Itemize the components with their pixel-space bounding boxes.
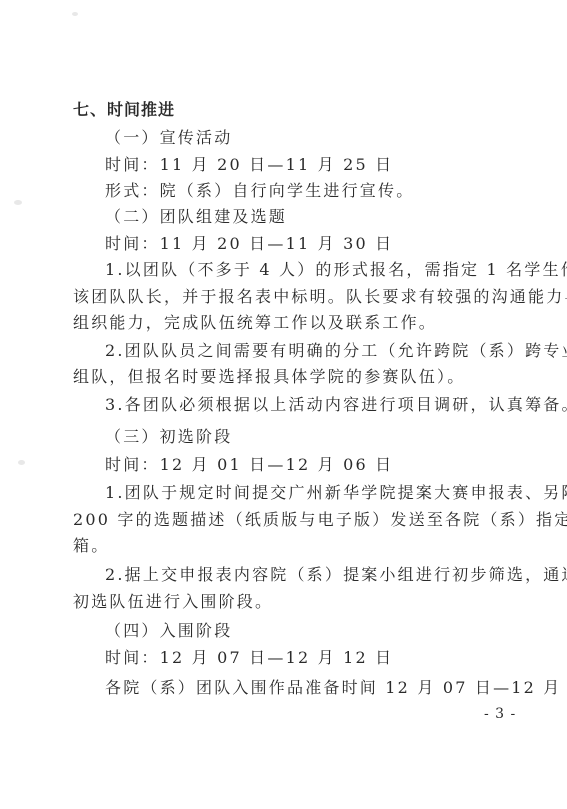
subsection-heading-4: （四）入围阶段 — [105, 621, 507, 641]
scan-speck — [14, 200, 22, 205]
scan-speck — [72, 12, 78, 16]
document-page: 七、时间推进 （一）宣传活动 时间：11 月 20 日—11 月 25 日 形式… — [0, 0, 567, 809]
paragraph-line: 200 字的选题描述（纸质版与电子版）发送至各院（系）指定邮 — [73, 510, 507, 530]
paragraph-line: 3.各团队必须根据以上活动内容进行项目调研，认真筹备。 — [105, 395, 507, 415]
subsection-1-form: 形式：院（系）自行向学生进行宣传。 — [105, 181, 507, 201]
subsection-4-time: 时间：12 月 07 日—12 月 12 日 — [105, 648, 507, 668]
page-number: - 3 - — [484, 706, 516, 722]
paragraph-line: 1.团队于规定时间提交广州新华学院提案大赛申报表、另附 — [105, 483, 507, 503]
subsection-heading-2: （二）团队组建及选题 — [105, 207, 507, 227]
paragraph-line: 2.团队队员之间需要有明确的分工（允许跨院（系）跨专业 — [105, 341, 507, 361]
paragraph-line: 1.以团队（不多于 4 人）的形式报名，需指定 1 名学生作为 — [105, 260, 507, 280]
subsection-2-time: 时间：11 月 20 日—11 月 30 日 — [105, 234, 507, 254]
subsection-1-time: 时间：11 月 20 日—11 月 25 日 — [105, 155, 507, 175]
subsection-heading-3: （三）初选阶段 — [105, 427, 507, 447]
paragraph-line: 箱。 — [73, 536, 507, 556]
paragraph-line: 该团队队长，并于报名表中标明。队长要求有较强的沟通能力与 — [73, 287, 507, 307]
paragraph-line: 初选队伍进行入围阶段。 — [73, 592, 507, 612]
scan-speck — [18, 460, 25, 465]
section-title: 七、时间推进 — [73, 100, 507, 120]
paragraph-line: 2.据上交申报表内容院（系）提案小组进行初步筛选，通过 — [105, 565, 507, 585]
paragraph-line: 组织能力，完成队伍统筹工作以及联系工作。 — [73, 313, 507, 333]
paragraph-line: 组队，但报名时要选择报具体学院的参赛队伍）。 — [73, 367, 507, 387]
paragraph-line: 各院（系）团队入围作品准备时间 12 月 07 日—12 月 12 日 — [105, 678, 507, 698]
subsection-heading-1: （一）宣传活动 — [105, 128, 507, 148]
subsection-3-time: 时间：12 月 01 日—12 月 06 日 — [105, 455, 507, 475]
